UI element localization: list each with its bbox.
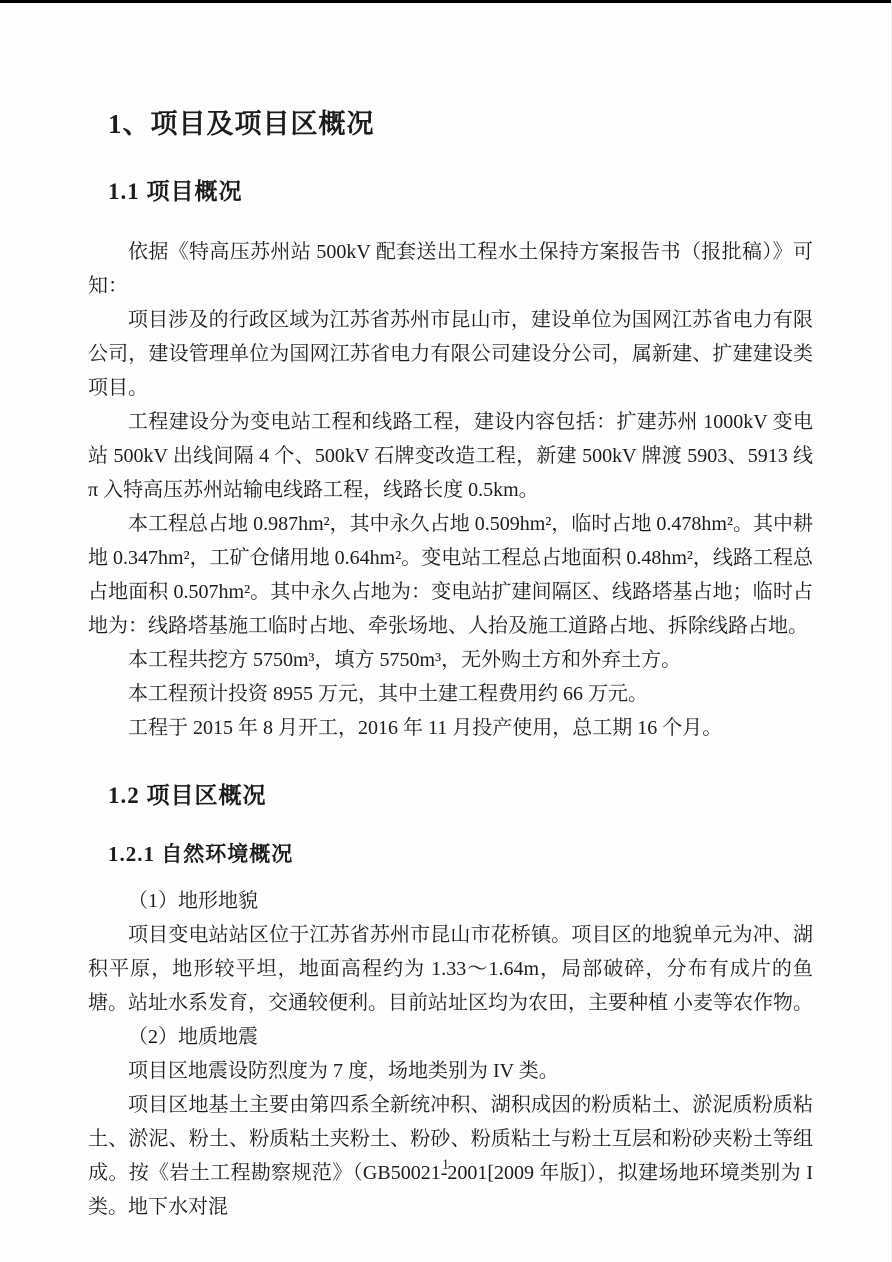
page-number: 1 bbox=[0, 1157, 891, 1174]
document-page: 1、项目及项目区概况 1.1 项目概况 依据《特高压苏州站 500kV 配套送出… bbox=[0, 0, 892, 1262]
paragraph: 项目区地基土主要由第四系全新统冲积、湖积成因的粉质粘土、淤泥质粉质粘土、淤泥、粉… bbox=[88, 1088, 813, 1224]
document-content: 1、项目及项目区概况 1.1 项目概况 依据《特高压苏州站 500kV 配套送出… bbox=[0, 107, 891, 1224]
page-top-border bbox=[0, 0, 891, 3]
paragraph: 工程于 2015 年 8 月开工，2016 年 11 月投产使用，总工期 16 … bbox=[88, 711, 813, 745]
paragraph: （1）地形地貌 bbox=[88, 884, 813, 918]
section-heading-1-2-1: 1.2.1 自然环境概况 bbox=[108, 841, 813, 868]
paragraph: 本工程共挖方 5750m³，填方 5750m³，无外购土方和外弃土方。 bbox=[88, 643, 813, 677]
paragraph: 项目涉及的行政区域为江苏省苏州市昆山市，建设单位为国网江苏省电力有限公司，建设管… bbox=[88, 303, 813, 405]
paragraph: 本工程总占地 0.987hm²，其中永久占地 0.509hm²，临时占地 0.4… bbox=[88, 507, 813, 643]
paragraph: 工程建设分为变电站工程和线路工程，建设内容包括：扩建苏州 1000kV 变电站 … bbox=[88, 405, 813, 507]
section-1-1-body: 依据《特高压苏州站 500kV 配套送出工程水土保持方案报告书（报批稿）》可知：… bbox=[88, 235, 813, 745]
chapter-heading: 1、项目及项目区概况 bbox=[108, 107, 813, 141]
section-heading-1-1: 1.1 项目概况 bbox=[108, 177, 813, 207]
paragraph: 本工程预计投资 8955 万元，其中土建工程费用约 66 万元。 bbox=[88, 677, 813, 711]
section-heading-1-2: 1.2 项目区概况 bbox=[108, 781, 813, 811]
paragraph: （2）地质地震 bbox=[88, 1020, 813, 1054]
paragraph: 项目变电站站区位于江苏省苏州市昆山市花桥镇。项目区的地貌单元为冲、湖积平原，地形… bbox=[88, 918, 813, 1020]
paragraph: 依据《特高压苏州站 500kV 配套送出工程水土保持方案报告书（报批稿）》可知： bbox=[88, 235, 813, 303]
paragraph: 项目区地震设防烈度为 7 度，场地类别为 IV 类。 bbox=[88, 1054, 813, 1088]
